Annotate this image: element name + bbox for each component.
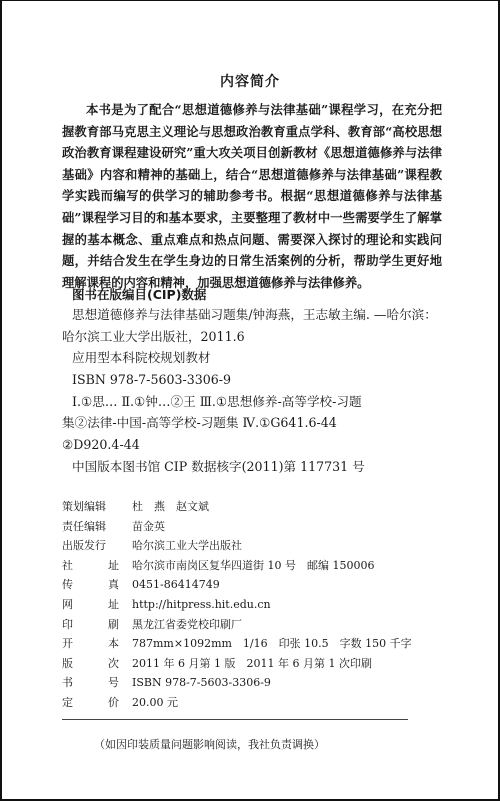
credit-row-printer: 印刷 黑龙江省委党校印刷厂 bbox=[62, 615, 412, 635]
cip-data-block: 思想道德修养与法律基础习题集/钟海燕，王志敏主编. —哈尔滨： 哈尔滨工业大学出… bbox=[62, 304, 452, 478]
credit-row-publisher: 出版发行 哈尔滨工业大学出版社 bbox=[62, 536, 412, 556]
credit-label: 社址 bbox=[62, 556, 119, 576]
credit-row-responsible-editor: 责任编辑 苗金英 bbox=[62, 517, 412, 537]
credit-value: 杜 燕 赵文斌 bbox=[119, 497, 209, 517]
credit-value: http://hitpress.hit.edu.cn bbox=[119, 595, 271, 615]
cip-line: Ⅰ.①思… Ⅱ.①钟…②王 Ⅲ.①思想修养-高等学校-习题 bbox=[62, 391, 452, 413]
credit-row-edition: 版次 2011 年 6 月第 1 版 2011 年 6 月第 1 次印刷 bbox=[62, 654, 412, 674]
abstract-block: 本书是为了配合“思想道德修养与法律基础”课程学习，在充分把握教育部马克思主义理论… bbox=[62, 99, 442, 293]
cip-line: ②D920.4-44 bbox=[62, 434, 452, 456]
abstract-text: 本书是为了配合“思想道德修养与法律基础”课程学习，在充分把握教育部马克思主义理论… bbox=[62, 99, 442, 293]
credit-row-planning-editor: 策划编辑 杜 燕 赵文斌 bbox=[62, 497, 412, 517]
divider-line bbox=[62, 719, 408, 720]
credit-value: 哈尔滨工业大学出版社 bbox=[119, 536, 242, 556]
credit-label: 开本 bbox=[62, 634, 119, 654]
credit-value: 苗金英 bbox=[119, 517, 165, 537]
book-copyright-page: 内容简介 本书是为了配合“思想道德修养与法律基础”课程学习，在充分把握教育部马克… bbox=[0, 0, 500, 801]
publication-credits: 策划编辑 杜 燕 赵文斌 责任编辑 苗金英 出版发行 哈尔滨工业大学出版社 社址… bbox=[62, 497, 412, 713]
credit-value: ISBN 978-7-5603-3306-9 bbox=[119, 673, 271, 693]
cip-line: 哈尔滨工业大学出版社，2011.6 bbox=[62, 326, 452, 348]
credit-label: 书号 bbox=[62, 673, 119, 693]
credit-label: 印刷 bbox=[62, 615, 119, 635]
credit-value: 787mm×1092mm 1/16 印张 10.5 字数 150 千字 bbox=[119, 634, 412, 654]
section-title: 内容简介 bbox=[2, 71, 498, 91]
credit-value: 2011 年 6 月第 1 版 2011 年 6 月第 1 次印刷 bbox=[119, 654, 372, 674]
cip-line: 思想道德修养与法律基础习题集/钟海燕，王志敏主编. —哈尔滨： bbox=[62, 304, 452, 326]
credit-label: 责任编辑 bbox=[62, 517, 119, 537]
credit-label: 出版发行 bbox=[62, 536, 119, 556]
credit-label: 网址 bbox=[62, 595, 119, 615]
cip-heading: 图书在版编目(CIP)数据 bbox=[72, 285, 206, 303]
cip-line: ISBN 978-7-5603-3306-9 bbox=[62, 369, 452, 391]
credit-label: 版次 bbox=[62, 654, 119, 674]
credit-label: 策划编辑 bbox=[62, 497, 119, 517]
quality-note: （如因印装质量问题影响阅读，我社负责调换） bbox=[94, 736, 325, 752]
cip-line: 应用型本科院校规划教材 bbox=[62, 347, 452, 369]
credit-value: 0451-86414749 bbox=[119, 575, 220, 595]
credit-row-address: 社址 哈尔滨市南岗区复华四道街 10 号 邮编 150006 bbox=[62, 556, 412, 576]
cip-line: 集②法律-中国-高等学校-习题集 Ⅳ.①G641.6-44 bbox=[62, 412, 452, 434]
credit-row-format: 开本 787mm×1092mm 1/16 印张 10.5 字数 150 千字 bbox=[62, 634, 412, 654]
credit-row-fax: 传真 0451-86414749 bbox=[62, 575, 412, 595]
credit-row-website: 网址 http://hitpress.hit.edu.cn bbox=[62, 595, 412, 615]
credit-value: 20.00 元 bbox=[119, 693, 178, 713]
credit-row-price: 定价 20.00 元 bbox=[62, 693, 412, 713]
cip-line: 中国版本图书馆 CIP 数据核字(2011)第 117731 号 bbox=[62, 456, 452, 478]
credit-value: 黑龙江省委党校印刷厂 bbox=[119, 615, 242, 635]
credit-label: 定价 bbox=[62, 693, 119, 713]
credit-label: 传真 bbox=[62, 575, 119, 595]
credit-row-isbn: 书号 ISBN 978-7-5603-3306-9 bbox=[62, 673, 412, 693]
credit-value: 哈尔滨市南岗区复华四道街 10 号 邮编 150006 bbox=[119, 556, 374, 576]
